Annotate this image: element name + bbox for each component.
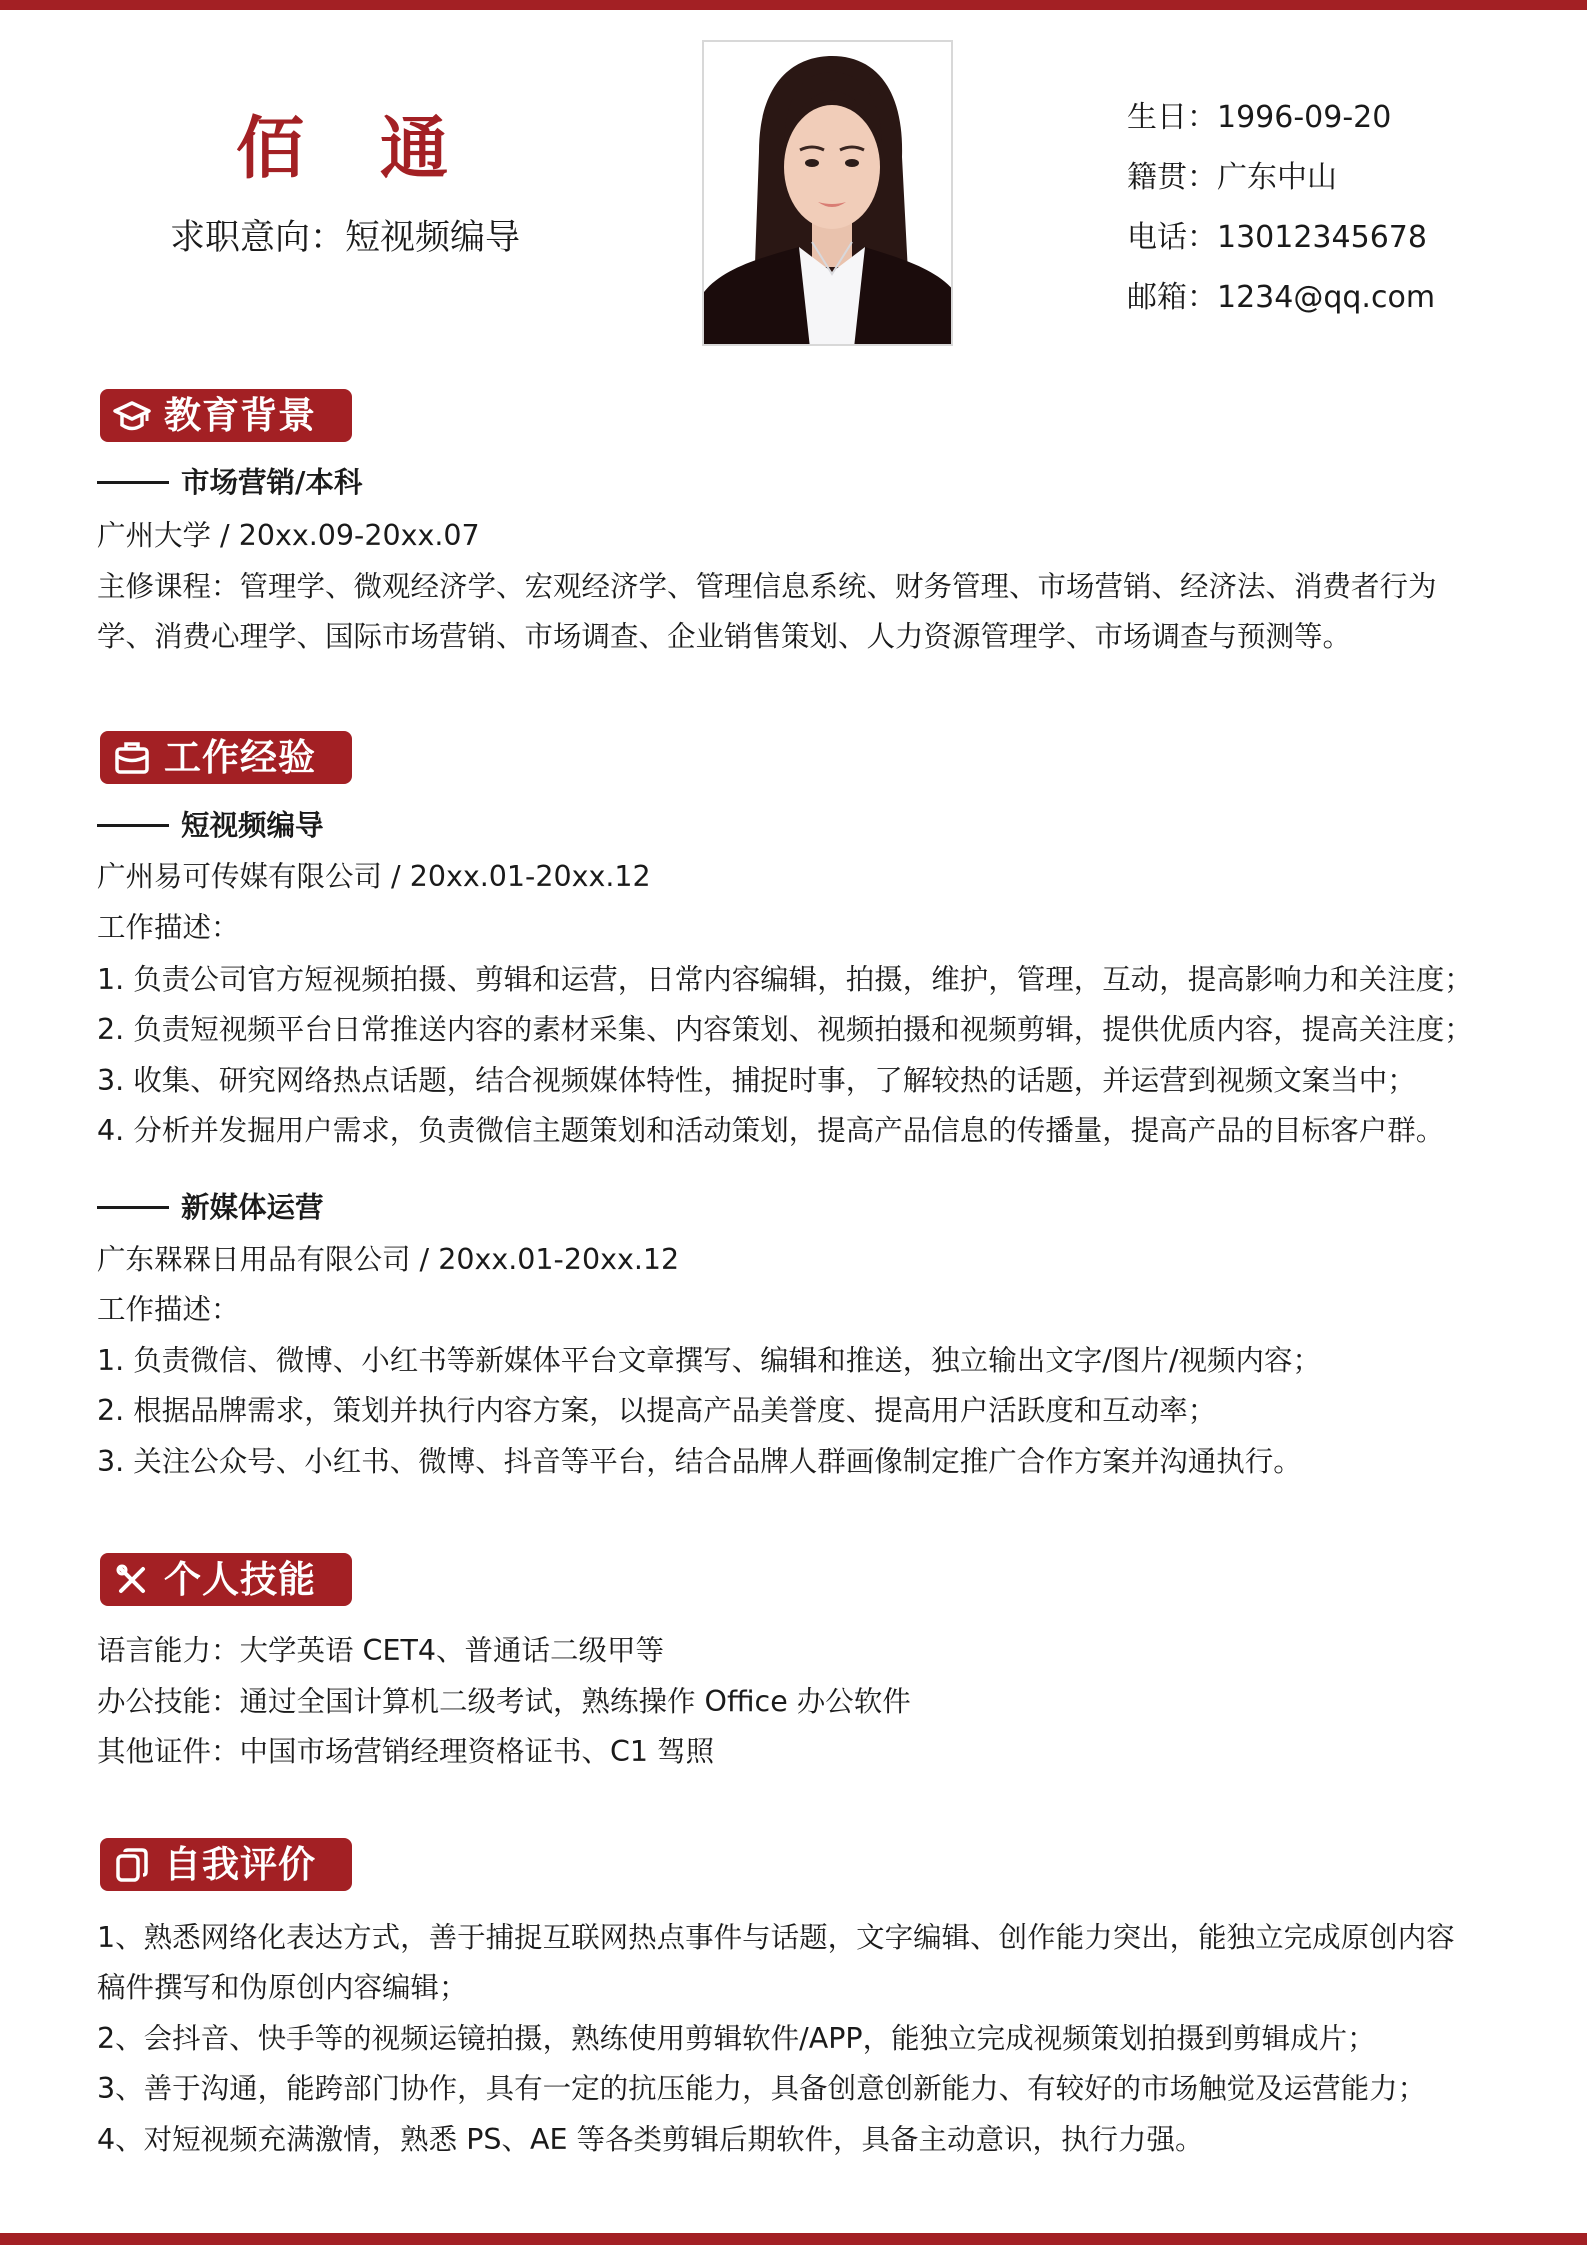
self-eval-line-5: 4、对短视频充满激情，熟悉 PS、AE 等各类剪辑后期软件，具备主动意识，执行力… — [97, 2120, 1204, 2160]
skill-office: 办公技能：通过全国计算机二级考试，熟练操作 Office 办公软件 — [97, 1682, 911, 1722]
info-hometown: 籍贯：广东中山 — [1127, 148, 1435, 208]
name-char-2: 通 — [380, 100, 454, 200]
self-eval-line-1: 1、熟悉网络化表达方式，善于捕捉互联网热点事件与话题，文字编辑、创作能力突出，能… — [97, 1918, 1455, 1958]
self-eval-line-2: 稿件撰写和伪原创内容编辑； — [97, 1968, 468, 2008]
skill-certificates: 其他证件：中国市场营销经理资格证书、C1 驾照 — [97, 1732, 714, 1772]
job-1-desc-label: 工作描述： — [97, 908, 240, 948]
top-accent-bar — [0, 0, 1587, 10]
job-2-item-3: 3. 关注公众号、小红书、微博、抖音等平台，结合品牌人群画像制定推广合作方案并沟… — [97, 1442, 1302, 1482]
dash-decoration — [97, 481, 169, 484]
section-header-work: 工作经验 — [100, 731, 352, 784]
education-school: 广州大学 / 20xx.09-20xx.07 — [97, 516, 480, 556]
profile-photo — [702, 40, 953, 346]
job-2-role: 新媒体运营 — [97, 1188, 324, 1228]
self-eval-line-4: 3、善于沟通，能跨部门协作，具有一定的抗压能力，具备创意创新能力、有较好的市场触… — [97, 2069, 1426, 2109]
job-1-item-4: 4. 分析并发掘用户需求，负责微信主题策划和活动策划，提高产品信息的传播量，提高… — [97, 1111, 1444, 1151]
job-2-company: 广东槑槑日用品有限公司 / 20xx.01-20xx.12 — [97, 1240, 679, 1280]
job-1-item-3: 3. 收集、研究网络热点话题，结合视频媒体特性，捕捉时事，了解较热的话题，并运营… — [97, 1061, 1416, 1101]
tools-icon — [112, 1560, 152, 1600]
education-courses-2: 学、消费心理学、国际市场营销、市场调查、企业销售策划、人力资源管理学、市场调查与… — [97, 617, 1351, 657]
education-major: 市场营销/本科 — [97, 463, 362, 503]
section-header-skills: 个人技能 — [100, 1553, 352, 1606]
job-intent: 求职意向：短视频编导 — [140, 214, 550, 262]
section-header-self-eval: 自我评价 — [100, 1838, 352, 1891]
job-1-role: 短视频编导 — [97, 806, 324, 846]
job-1-item-1: 1. 负责公司官方短视频拍摄、剪辑和运营，日常内容编辑，拍摄，维护，管理，互动，… — [97, 960, 1473, 1000]
job-2-desc-label: 工作描述： — [97, 1290, 240, 1330]
job-1-item-2: 2. 负责短视频平台日常推送内容的素材采集、内容策划、视频拍摄和视频剪辑，提供优… — [97, 1010, 1473, 1050]
portrait-image — [704, 42, 953, 346]
briefcase-icon — [112, 738, 152, 778]
section-title: 个人技能 — [164, 1553, 316, 1606]
copy-icon — [112, 1845, 152, 1885]
dash-decoration — [97, 824, 169, 827]
name-char-1: 佰 — [236, 100, 310, 200]
candidate-name: 佰通 — [160, 100, 530, 200]
section-header-education: 教育背景 — [100, 389, 352, 442]
personal-info: 生日：1996-09-20 籍贯：广东中山 电话：13012345678 邮箱：… — [1127, 88, 1435, 328]
info-email: 邮箱：1234@qq.com — [1127, 268, 1435, 328]
section-title: 工作经验 — [164, 731, 316, 784]
job-2-item-2: 2. 根据品牌需求，策划并执行内容方案，以提高产品美誉度、提高用户活跃度和互动率… — [97, 1391, 1216, 1431]
education-courses-1: 主修课程：管理学、微观经济学、宏观经济学、管理信息系统、财务管理、市场营销、经济… — [97, 567, 1437, 607]
job-1-company: 广州易可传媒有限公司 / 20xx.01-20xx.12 — [97, 857, 651, 897]
skill-language: 语言能力：大学英语 CET4、普通话二级甲等 — [97, 1631, 664, 1671]
section-title: 自我评价 — [164, 1838, 316, 1891]
job-2-item-1: 1. 负责微信、微博、小红书等新媒体平台文章撰写、编辑和推送，独立输出文字/图片… — [97, 1341, 1321, 1381]
self-eval-line-3: 2、会抖音、快手等的视频运镜拍摄，熟练使用剪辑软件/APP，能独立完成视频策划拍… — [97, 2019, 1376, 2059]
info-phone: 电话：13012345678 — [1127, 208, 1435, 268]
graduation-cap-icon — [112, 396, 152, 436]
info-birthday: 生日：1996-09-20 — [1127, 88, 1435, 148]
section-title: 教育背景 — [164, 389, 316, 442]
bottom-accent-bar — [0, 2233, 1587, 2245]
dash-decoration — [97, 1206, 169, 1209]
